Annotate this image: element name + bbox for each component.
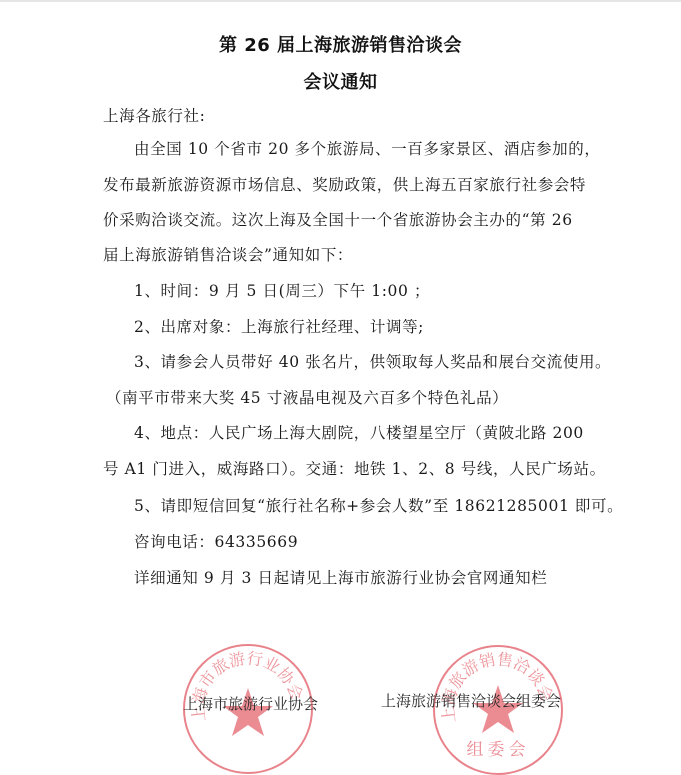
consult-phone: 咨询电话：64335669 bbox=[134, 530, 298, 552]
seal-bottom-text: 组委会 bbox=[467, 740, 530, 760]
salutation: 上海各旅行社: bbox=[103, 104, 205, 126]
page-top-border bbox=[0, 0, 681, 2]
document-title: 第 26 届上海旅游销售洽谈会 bbox=[0, 31, 681, 57]
notice-item-transport: 号 A1 门进入，威海路口）。交通：地铁 1、2、8 号线，人民广场站。 bbox=[103, 457, 606, 479]
signature-association: 上海市旅游行业协会 bbox=[183, 693, 318, 714]
signature-committee: 上海旅游销售洽谈会组委会 bbox=[381, 690, 561, 711]
document-subtitle: 会议通知 bbox=[0, 68, 681, 94]
notice-item-business-cards: 3、请参会人员带好 40 张名片，供领取每人奖品和展台交流使用。 bbox=[134, 350, 611, 372]
notice-item-prize-note: （南平市带来大奖 45 寸液晶电视及六百多个特色礼品） bbox=[106, 386, 508, 408]
notice-item-attendees: 2、出席对象：上海旅行社经理、计调等; bbox=[134, 315, 424, 337]
notice-item-time: 1、时间：9 月 5 日(周三）下午 1:00 ； bbox=[134, 279, 430, 301]
body-line: 由全国 10 个省市 20 多个旅游局、一百多家景区、酒店参加的， bbox=[134, 137, 600, 159]
detail-notice: 详细通知 9 月 3 日起请见上海市旅游行业协会官网通知栏 bbox=[134, 566, 547, 588]
body-line: 届上海旅游销售洽谈会”通知如下： bbox=[103, 243, 353, 265]
notice-item-sms-reply: 5、请即短信回复“旅行社名称+参会人数”至 18621285001 即可。 bbox=[134, 494, 623, 516]
body-line: 发布最新旅游资源市场信息、奖励政策，供上海五百家旅行社参会特 bbox=[103, 173, 586, 195]
body-line: 价采购洽谈交流。这次上海及全国十一个省旅游协会主办的“第 26 bbox=[103, 208, 573, 230]
notice-item-location: 4、地点：人民广场上海大剧院，八楼望星空厅（黄陂北路 200 bbox=[134, 421, 584, 443]
